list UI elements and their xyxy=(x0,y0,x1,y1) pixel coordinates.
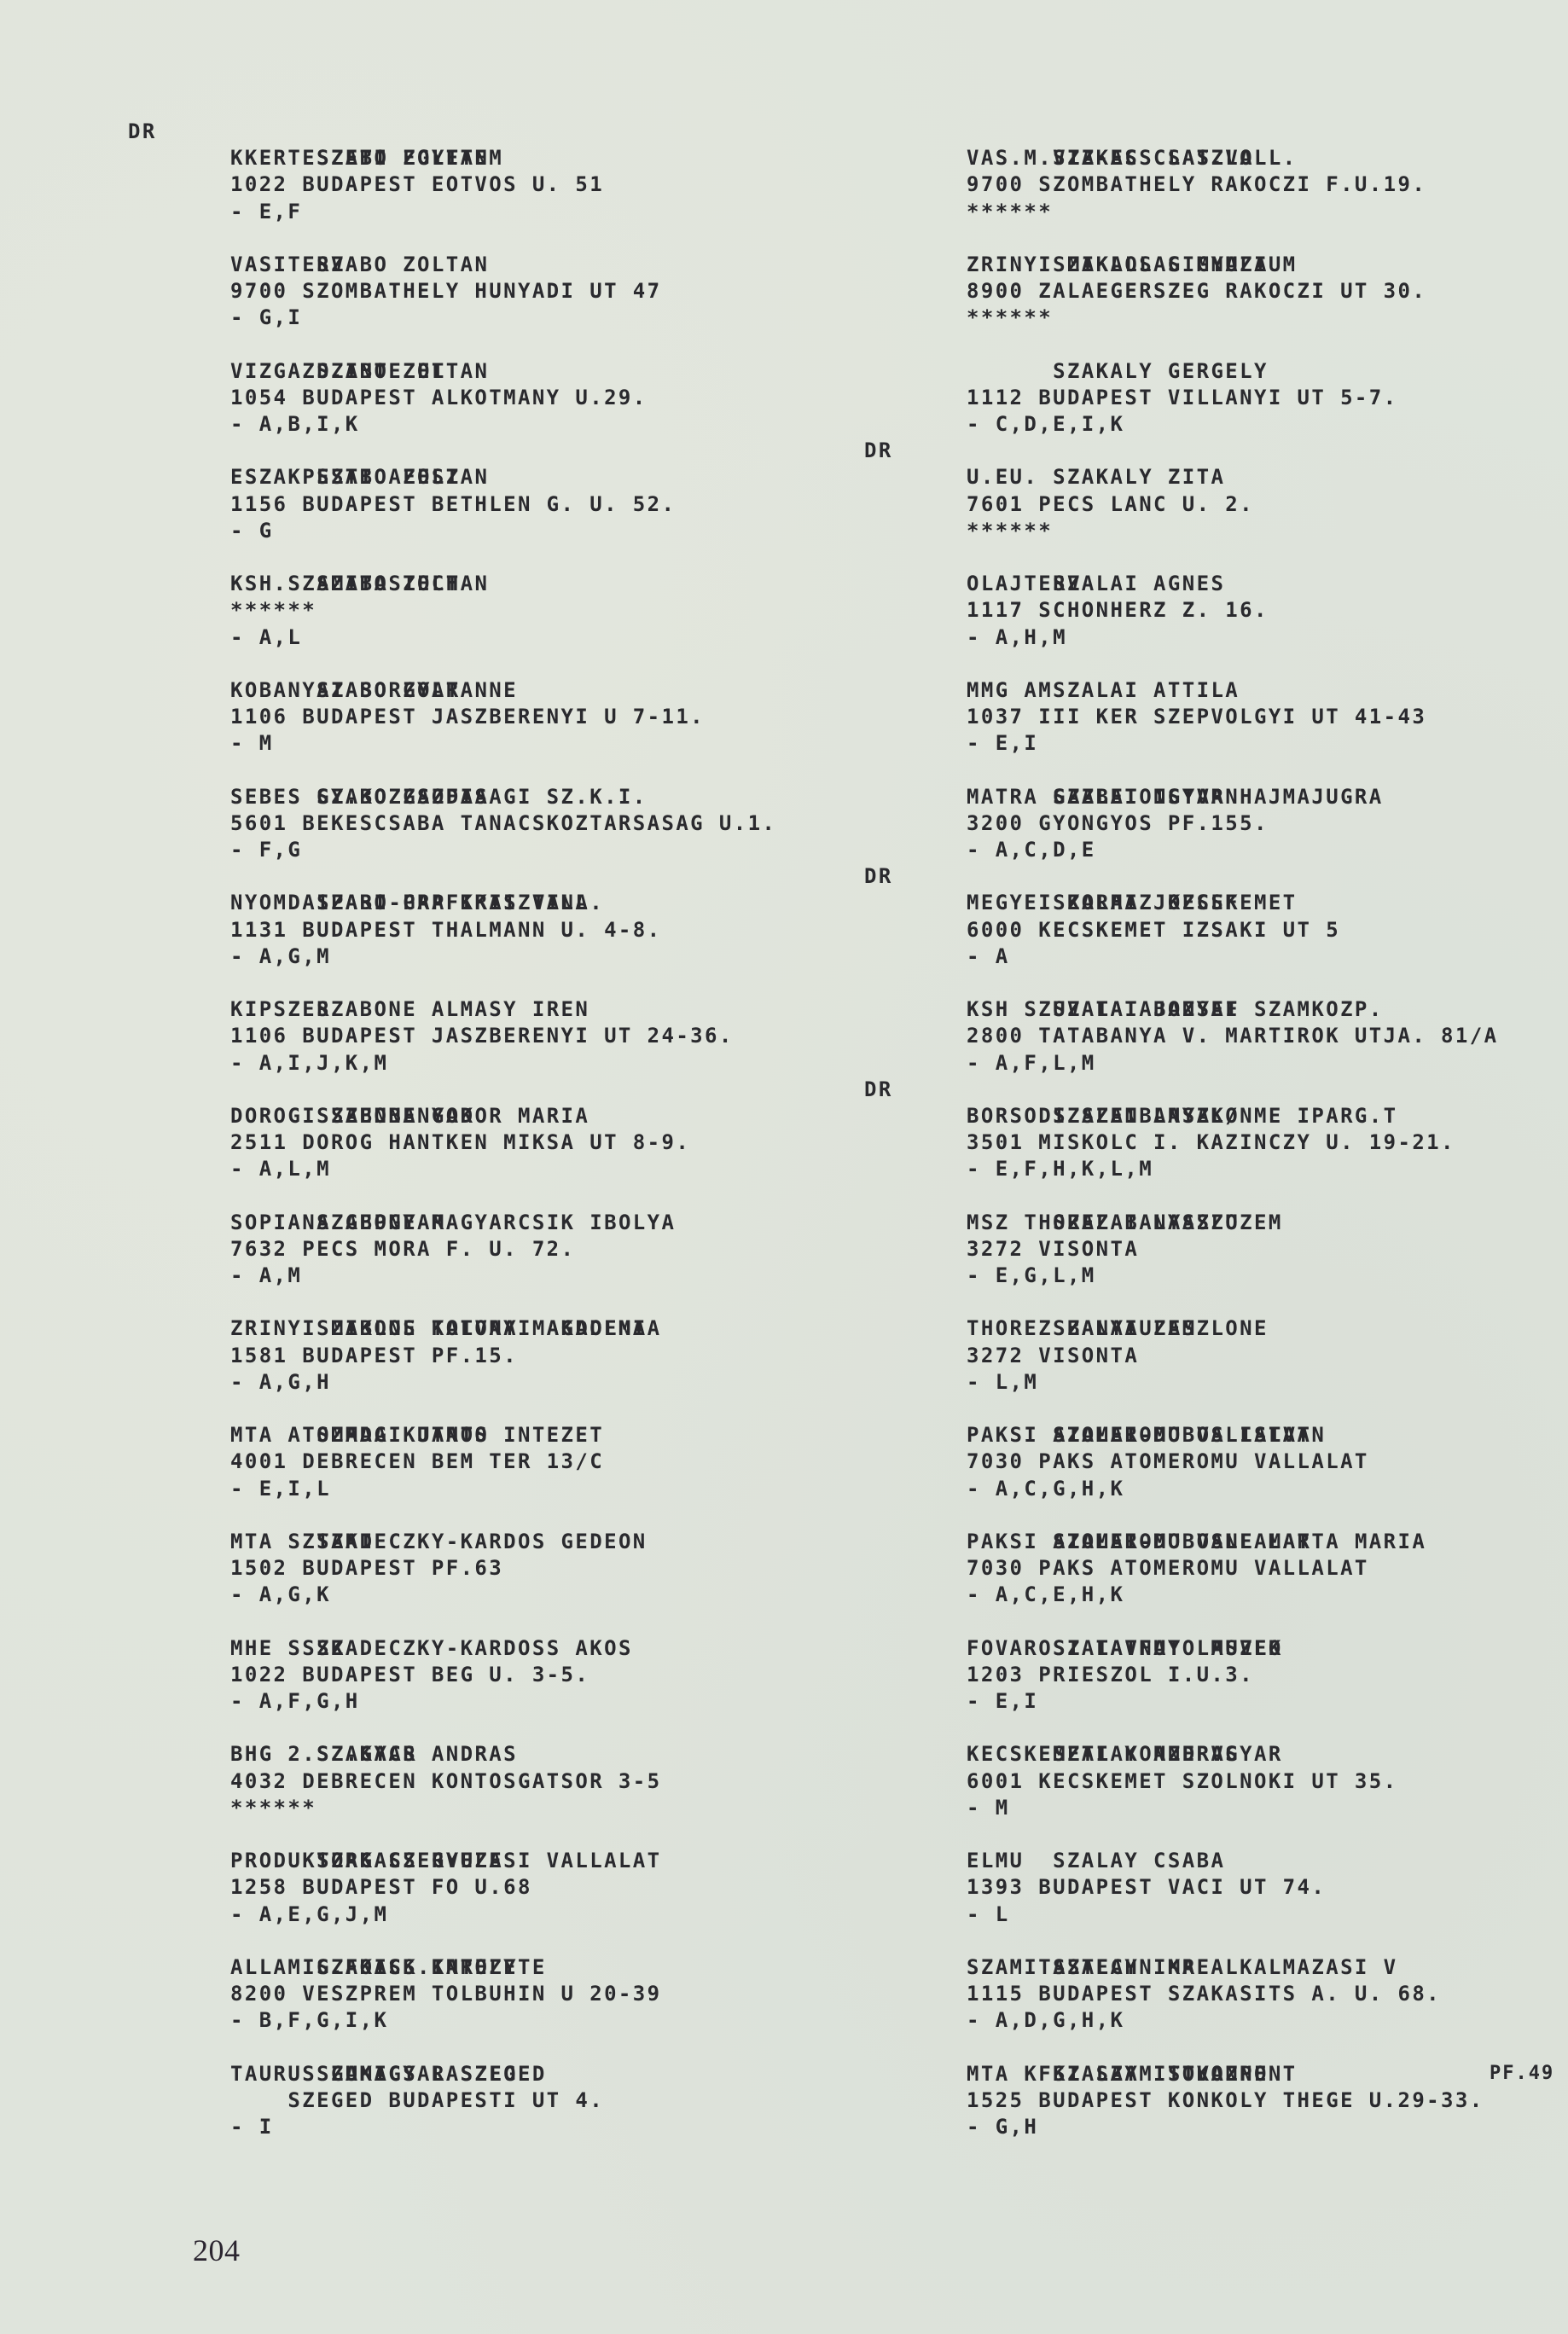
entry-address: 1581 BUDAPEST PF.15. xyxy=(179,1343,853,1369)
entry-organization: KOBANYAI SORGYAR xyxy=(179,677,853,704)
entry-organization: SZAMITASTECHNIKA ALKALMAZASI V xyxy=(915,1954,1564,1981)
entry-codes: - A,G,K xyxy=(179,1582,853,1608)
entry-address: 1106 BUDAPEST JASZBERENYI U 7-11. xyxy=(179,704,853,730)
entry-organization: ZRINYI MIKLOS GIMNAZIUM xyxy=(915,252,1564,278)
directory-entry: SZALAI ATTILA MMG AM 1037 III KER SZEPVO… xyxy=(915,651,1564,758)
entry-address: 1203 PRIESZOL I.U.3. xyxy=(915,1662,1564,1688)
entry-codes: - A,C,D,E xyxy=(915,837,1564,863)
entry-name-line: SZALATNAY LASZLO xyxy=(915,1609,1564,1635)
entry-address: 3272 VISONTA xyxy=(915,1343,1564,1369)
directory-entry: SZAKALY GERGELY 1112 BUDAPEST VILLANYI U… xyxy=(915,332,1564,438)
entry-address: 2511 DOROG HANTKEN MIKSA UT 8-9. xyxy=(179,1129,853,1156)
directory-entry: SZALAI LASZLONE THOREZ BANYAUZEM 3272 VI… xyxy=(915,1289,1564,1396)
entry-organization: KSH SZUV TATABANYAI SZAMKOZP. xyxy=(915,996,1564,1023)
entry-name-line: SZALAY ISTVANNE xyxy=(915,2035,1564,2061)
entry-organization: ALLAMIG.FOISK.INTEZETE xyxy=(179,1954,853,1981)
entry-name-line: SZAKACS LASZLO xyxy=(915,119,1564,145)
entry-organization: VIZGAZD.INTEZET xyxy=(179,358,853,385)
entry-codes: - M xyxy=(915,1795,1564,1821)
entry-organization: ESZAKPESTI AFESZ xyxy=(179,464,853,491)
directory-entry: SZALAY IMRE SZAMITASTECHNIKA ALKALMAZASI… xyxy=(915,1928,1564,2035)
directory-entry: SZALAI-DOBOS ISTVAN PAKSI ATOMEROMU VALL… xyxy=(915,1396,1564,1502)
entry-address: 1131 BUDAPEST THALMANN U. 4-8. xyxy=(179,917,853,943)
entry-organization: ELMU xyxy=(915,1848,1564,1874)
directory-entry: SZALAI JOZSEF KSH SZUV TATABANYAI SZAMKO… xyxy=(915,970,1564,1077)
entry-name-line: SZABO ZOLTAN xyxy=(179,438,853,464)
entry-name-line: SZALAI JOZSEF xyxy=(915,970,1564,996)
entry-name-line: SZALAI AGNES xyxy=(915,544,1564,571)
entry-organization: PRODUKTORG SZERVEZESI VALLALAT xyxy=(179,1848,853,1874)
entry-organization: MATRA GAZBETONGYAR HAJMAJUGRA xyxy=(915,784,1564,810)
entry-codes: - A,C,E,H,K xyxy=(915,1582,1564,1608)
entry-name-line: DRSZAKALY ZITA xyxy=(915,438,1564,464)
entry-address: 4001 DEBRECEN BEM TER 13/C xyxy=(179,1449,853,1475)
entry-name-line: SZABONE TOLVAY MAGDOLNA xyxy=(179,1289,853,1315)
entry-organization: KECSKEMETI KONZERVGYAR xyxy=(915,1741,1564,1768)
directory-entry: SZABO ZOLTAN VIZGAZD.INTEZET 1054 BUDAPE… xyxy=(179,332,853,438)
entry-codes: - A,F,L,M xyxy=(915,1050,1564,1077)
directory-entry: SZABONE ALMASY IREN KIPSZER 1106 BUDAPES… xyxy=(179,970,853,1077)
entry-organization: MTA ATOMMAG KUTATO INTEZET xyxy=(179,1422,853,1449)
directory-entry: SZALAY ISTVANNE MTA KFKI SZAMITOKOZPONT … xyxy=(915,2035,1564,2141)
entry-organization xyxy=(915,358,1564,385)
entry-organization: MSZ THOREZ BANYASZUZEM xyxy=(915,1210,1564,1236)
directory-entry: SZAKACS LASZLO TAURUS GUMIGYAR SZEGED SZ… xyxy=(179,2035,853,2141)
entry-name-line: DRSZALAI LASZLO xyxy=(915,1077,1564,1103)
entry-address: 1258 BUDAPEST FO U.68 xyxy=(179,1874,853,1901)
entry-address: 1106 BUDAPEST JASZBERENYI UT 24-36. xyxy=(179,1023,853,1049)
entry-address: 9700 SZOMBATHELY HUNYADI UT 47 xyxy=(179,278,853,305)
entry-codes: - A xyxy=(915,943,1564,970)
right-column: SZAKACS LASZLO VAS.M.VIZ-ES CSAT.VALL. 9… xyxy=(915,119,1564,2140)
entry-name-line: SZABO ZOLTAN xyxy=(179,544,853,571)
entry-address: SZEGED BUDAPESTI UT 4. xyxy=(179,2087,853,2114)
directory-entry: SZAKACS LASZLO VAS.M.VIZ-ES CSAT.VALL. 9… xyxy=(915,119,1564,225)
entry-address: 3501 MISKOLC I. KAZINCZY U. 19-21. xyxy=(915,1129,1564,1156)
entry-name-line: SZAKACS KAROLY xyxy=(179,1928,853,1954)
entry-name-line: SZAKACS ANDRAS xyxy=(179,1715,853,1741)
entry-codes: - A,B,I,K xyxy=(179,411,853,438)
left-column: DRSZABO ZOLTAN KKERTESZETI EGYETEM 1022 … xyxy=(179,119,853,2140)
entry-name-line: SZALAY IMRE xyxy=(915,1928,1564,1954)
entry-name-line: SZALAI LASZLO xyxy=(915,1183,1564,1210)
directory-entry: SZAKACS GYULA PRODUKTORG SZERVEZESI VALL… xyxy=(179,1821,853,1928)
entry-codes: - A,L xyxy=(179,624,853,651)
directory-entry: SZALAI ISTVAN MATRA GAZBETONGYAR HAJMAJU… xyxy=(915,758,1564,864)
directory-entry: SZALAI-DOBOSNE MARTA MARIA PAKSI ATOMERO… xyxy=(915,1502,1564,1609)
entry-codes: ****** xyxy=(915,518,1564,544)
entry-codes: - B,F,G,I,K xyxy=(179,2007,853,2034)
entry-address: 1037 III KER SZEPVOLGYI UT 41-43 xyxy=(915,704,1564,730)
entry-name-line: SZABO ZOLTAN xyxy=(179,225,853,252)
entry-name-line: SZALAI LASZLONE xyxy=(915,1289,1564,1315)
entry-codes: - A,H,M xyxy=(915,624,1564,651)
directory-entry: SZALAY ANDRAS KECSKEMETI KONZERVGYAR 600… xyxy=(915,1715,1564,1821)
directory-entry: SZABO-PAP KRISZTINA NYOMDAIPARI GRAFIKAI… xyxy=(179,863,853,970)
entry-address: 1502 BUDAPEST PF.63 xyxy=(179,1555,853,1582)
entry-address: 6001 KECSKEMET SZOLNOKI UT 35. xyxy=(915,1768,1564,1795)
entry-address: 7632 PECS MORA F. U. 72. xyxy=(179,1236,853,1263)
entry-organization: KKERTESZETI EGYETEM xyxy=(179,145,853,171)
entry-address: 1393 BUDAPEST VACI UT 74. xyxy=(915,1874,1564,1901)
entry-organization: KIPSZER xyxy=(179,996,853,1023)
directory-entry: DRSZALAI LASZLO BORSODI SZENBANYAK/NME I… xyxy=(915,1077,1564,1183)
directory-entry: SZADECZKY-KARDOS GEDEON MTA SZTAKI 1502 … xyxy=(179,1502,853,1609)
entry-organization: OLAJTERV xyxy=(915,571,1564,597)
entry-address: 3200 GYONGYOS PF.155. xyxy=(915,810,1564,837)
entry-name-line: SZAKACS LASZLO xyxy=(179,2035,853,2061)
entry-codes: - L,M xyxy=(915,1369,1564,1396)
entry-codes: - A,I,J,K,M xyxy=(179,1050,853,1077)
entry-name-line: SZADECZKY-KARDOS GEDEON xyxy=(179,1502,853,1529)
entry-codes: - G xyxy=(179,518,853,544)
entry-address: 1525 BUDAPEST KONKOLY THEGE U.29-33. xyxy=(915,2087,1564,2114)
directory-entry: DRSZABO ZOLTAN KKERTESZETI EGYETEM 1022 … xyxy=(179,119,853,225)
directory-entry: DRSZALAI JOZSEF MEGYEI KORHAZ KECSKEMET … xyxy=(915,863,1564,970)
entry-organization: KSH.SZAMITASTECH xyxy=(179,571,853,597)
entry-name-line: SZALAI ATTILA xyxy=(915,651,1564,677)
entry-name-line: DRSZALAI JOZSEF xyxy=(915,863,1564,890)
entry-organization: PAKSI ATOMEROMU VALLALAT xyxy=(915,1422,1564,1449)
entry-codes: - E,I,L xyxy=(179,1476,853,1502)
entry-organization: PAKSI ATOMEROMU VALLALAT xyxy=(915,1529,1564,1555)
entry-name-line: SZABONE ALMASY IREN xyxy=(179,970,853,996)
directory-entry: SZAKACS KAROLY ALLAMIG.FOISK.INTEZETE 82… xyxy=(179,1928,853,2035)
entry-codes: - A,M xyxy=(179,1263,853,1289)
directory-entry: DRSZAKALY ZITA U.EU. 7601 PECS LANC U. 2… xyxy=(915,438,1564,544)
entry-codes: - G,I xyxy=(179,305,853,331)
entry-name-line: SZALAY ANDRAS xyxy=(915,1715,1564,1741)
entry-name-line: SZALAI-DOBOS ISTVAN xyxy=(915,1396,1564,1422)
entry-codes: - A,D,G,H,K xyxy=(915,2007,1564,2034)
entry-name-line: SZADAI JANOS xyxy=(179,1396,853,1422)
entry-organization: MEGYEI KORHAZ KECSKEMET xyxy=(915,890,1564,916)
entry-address: 6000 KECSKEMET IZSAKI UT 5 xyxy=(915,917,1564,943)
directory-entry: SZALAI AGNES OLAJTERV 1117 SCHONHERZ Z. … xyxy=(915,544,1564,651)
entry-address: 1115 BUDAPEST SZAKASITS A. U. 68. xyxy=(915,1981,1564,2007)
entry-address: 1112 BUDAPEST VILLANYI UT 5-7. xyxy=(915,385,1564,411)
entry-organization: MMG AM xyxy=(915,677,1564,704)
entry-organization: DOROGI SZENBANYAK xyxy=(179,1103,853,1129)
entry-organization: FOVAROSI TAVFUTO MUVEK xyxy=(915,1635,1564,1662)
entry-organization: SOPIANA GEPGYAR xyxy=(179,1210,853,1236)
entry-name-line: SZABONE GODOR MARIA xyxy=(179,1077,853,1103)
directory-entry: SZABO ZOLTAN VASITERV 9700 SZOMBATHELY H… xyxy=(179,225,853,332)
entry-name-line: DRSZABO ZOLTAN xyxy=(179,119,853,145)
entry-organization: TAURUS GUMIGYAR SZEGED xyxy=(179,2061,853,2087)
entry-address: 1117 SCHONHERZ Z. 16. xyxy=(915,597,1564,624)
entry-organization: THOREZ BANYAUZEM xyxy=(915,1315,1564,1342)
entry-organization: MTA SZTAKI xyxy=(179,1529,853,1555)
entry-address: 7030 PAKS ATOMEROMU VALLALAT xyxy=(915,1555,1564,1582)
entry-organization: MHE SSZK xyxy=(179,1635,853,1662)
entry-address: 4032 DEBRECEN KONTOSGATSOR 3-5 xyxy=(179,1768,853,1795)
entry-address: 7030 PAKS ATOMEROMU VALLALAT xyxy=(915,1449,1564,1475)
entry-organization: BORSODI SZENBANYAK/NME IPARG.T xyxy=(915,1103,1564,1129)
directory-entry: SZABO ZSOFIA SEBES GY.KOZGAZDASAGI SZ.K.… xyxy=(179,758,853,864)
entry-codes: ****** xyxy=(915,305,1564,331)
entry-organization: U.EU. xyxy=(915,464,1564,491)
directory-entry: SZALAI LASZLO MSZ THOREZ BANYASZUZEM 327… xyxy=(915,1183,1564,1290)
entry-name-line: SZALAY CSABA xyxy=(915,1821,1564,1848)
entry-codes: - A,L,M xyxy=(179,1156,853,1182)
entry-address: 2800 TATABANYA V. MARTIROK UTJA. 81/A xyxy=(915,1023,1564,1049)
entry-title-prefix: DR xyxy=(864,1077,893,1103)
entry-codes: - A,G,M xyxy=(179,943,853,970)
entry-organization: NYOMDAIPARI GRAFIKAI VALL. xyxy=(179,890,853,916)
entry-codes: - E,I xyxy=(915,1688,1564,1715)
entry-codes: - E,G,L,M xyxy=(915,1263,1564,1289)
entry-name-line: SZABO ZOLTANNE xyxy=(179,651,853,677)
directory-entry: SZADECZKY-KARDOSS AKOS MHE SSZK 1022 BUD… xyxy=(179,1609,853,1716)
entry-organization: VAS.M.VIZ-ES CSAT.VALL. xyxy=(915,145,1564,171)
entry-name-line: SZAKALLAS GYULA xyxy=(915,225,1564,252)
entry-codes: - A,G,H xyxy=(179,1369,853,1396)
entry-address: 3272 VISONTA xyxy=(915,1236,1564,1263)
entry-title-prefix: DR xyxy=(864,438,893,464)
entry-codes: - I xyxy=(179,2114,853,2140)
entry-codes: - G,H xyxy=(915,2114,1564,2140)
directory-entry: SZABO ZOLTAN ESZAKPESTI AFESZ 1156 BUDAP… xyxy=(179,438,853,544)
entry-address: 8200 VESZPREM TOLBUHIN U 20-39 xyxy=(179,1981,853,2007)
margin-note: PF.49 xyxy=(1490,2063,1554,2084)
entry-organization: BHG 2.SZ.GYAR xyxy=(179,1741,853,1768)
directory-entry: SZABONE TOLVAY MAGDOLNA ZRINYI MIKLOS KA… xyxy=(179,1289,853,1396)
entry-address: ****** xyxy=(179,597,853,624)
entry-codes: - M xyxy=(179,730,853,757)
entry-organization: MTA KFKI SZAMITOKOZPONT xyxy=(915,2061,1564,2087)
directory-entry: SZALATNAY LASZLO FOVAROSI TAVFUTO MUVEK … xyxy=(915,1609,1564,1716)
entry-address: 1054 BUDAPEST ALKOTMANY U.29. xyxy=(179,385,853,411)
entry-codes: ****** xyxy=(915,199,1564,225)
entry-codes: - E,I xyxy=(915,730,1564,757)
entry-codes: ****** xyxy=(179,1795,853,1821)
entry-address: 1022 BUDAPEST EOTVOS U. 51 xyxy=(179,171,853,198)
entry-name-line: SZABO ZSOFIA xyxy=(179,758,853,784)
directory-entry: SZAKACS ANDRAS BHG 2.SZ.GYAR 4032 DEBREC… xyxy=(179,1715,853,1821)
entry-name-line: SZAKALY GERGELY xyxy=(915,332,1564,358)
entry-organization: SEBES GY.KOZGAZDASAGI SZ.K.I. xyxy=(179,784,853,810)
entry-name-line: SZADECZKY-KARDOSS AKOS xyxy=(179,1609,853,1635)
directory-entry: SZABO ZOLTANNE KOBANYAI SORGYAR 1106 BUD… xyxy=(179,651,853,758)
entry-codes: - E,F xyxy=(179,199,853,225)
entry-title-prefix: DR xyxy=(864,863,893,890)
entry-address: 1022 BUDAPEST BEG U. 3-5. xyxy=(179,1662,853,1688)
directory-entry: SZABO ZOLTAN KSH.SZAMITASTECH ****** - A… xyxy=(179,544,853,651)
entry-codes: - L xyxy=(915,1901,1564,1928)
entry-codes: - E,F,H,K,L,M xyxy=(915,1156,1564,1182)
entry-address: 7601 PECS LANC U. 2. xyxy=(915,491,1564,518)
entry-name-line: SZABONE MAGYARCSIK IBOLYA xyxy=(179,1183,853,1210)
directory-entry: SZALAY CSABA ELMU 1393 BUDAPEST VACI UT … xyxy=(915,1821,1564,1928)
entry-codes: - A,E,G,J,M xyxy=(179,1901,853,1928)
directory-entry: SZADAI JANOS MTA ATOMMAG KUTATO INTEZET … xyxy=(179,1396,853,1502)
entry-organization: ZRINYI MIKLOS KATONAI AKADEMIA xyxy=(179,1315,853,1342)
entry-name-line: SZABO-PAP KRISZTINA xyxy=(179,863,853,890)
entry-codes: - C,D,E,I,K xyxy=(915,411,1564,438)
entry-address: 8900 ZALAEGERSZEG RAKOCZI UT 30. xyxy=(915,278,1564,305)
directory-entry: SZAKALLAS GYULA ZRINYI MIKLOS GIMNAZIUM … xyxy=(915,225,1564,332)
entry-codes: - A,F,G,H xyxy=(179,1688,853,1715)
entry-name-line: SZAKACS GYULA xyxy=(179,1821,853,1848)
entry-codes: - A,C,G,H,K xyxy=(915,1476,1564,1502)
entry-name-line: SZALAI ISTVAN xyxy=(915,758,1564,784)
directory-entry: SZABONE GODOR MARIA DOROGI SZENBANYAK 25… xyxy=(179,1077,853,1183)
directory-entry: SZABONE MAGYARCSIK IBOLYA SOPIANA GEPGYA… xyxy=(179,1183,853,1290)
entry-title-prefix: DR xyxy=(128,119,157,145)
entry-organization: VASITERV xyxy=(179,252,853,278)
entry-address: 9700 SZOMBATHELY RAKOCZI F.U.19. xyxy=(915,171,1564,198)
entry-address: 5601 BEKESCSABA TANACSKOZTARSASAG U.1. xyxy=(179,810,853,837)
page-number: 204 xyxy=(193,2232,241,2268)
entry-address: 1156 BUDAPEST BETHLEN G. U. 52. xyxy=(179,491,853,518)
entry-name-line: SZABO ZOLTAN xyxy=(179,332,853,358)
entry-codes: - F,G xyxy=(179,837,853,863)
entry-name-line: SZALAI-DOBOSNE MARTA MARIA xyxy=(915,1502,1564,1529)
